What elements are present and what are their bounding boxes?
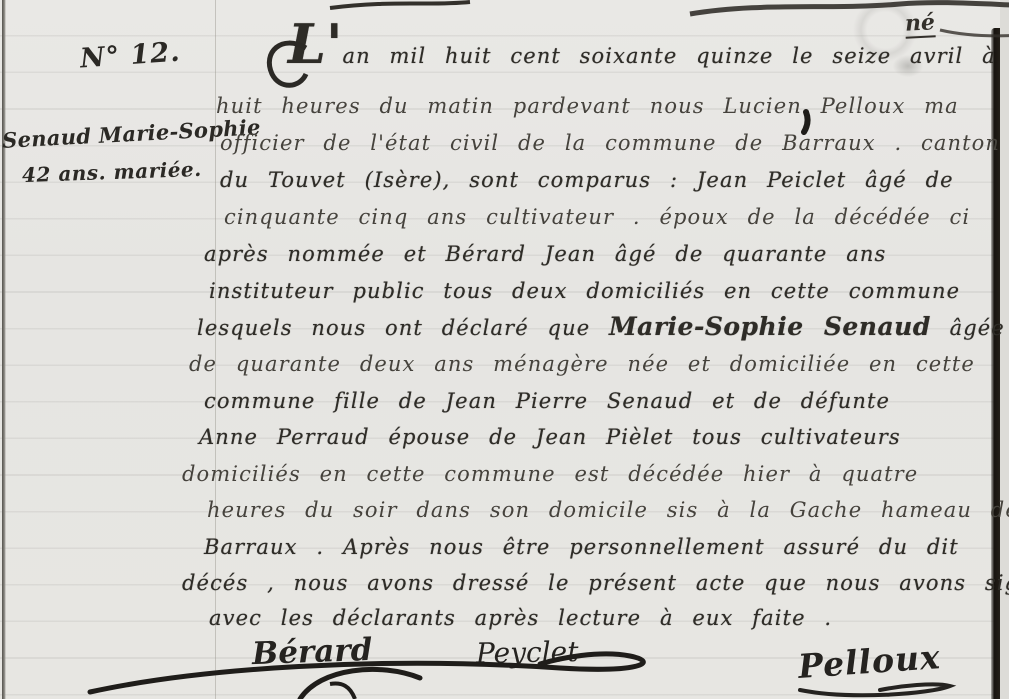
deceased-name-emphasis: Marie-Sophie Senaud [609,312,931,341]
signature-berard: Bérard [251,632,373,672]
body-line: avec les déclarants après lecture à eux … [209,600,832,636]
body-line: du Touvet (Isère), sont comparus : Jean … [220,162,954,198]
body-line: domiciliés en cette commune est décédée … [182,456,918,492]
body-line: heures du soir dans son domicile sis à l… [207,492,1009,528]
body-line: huit heures du matin pardevant nous Luci… [216,88,959,124]
body-line: lesquels nous ont déclaré que Marie-Soph… [197,309,1005,346]
body-line: officier de l'état civil de la commune d… [220,125,1000,161]
body-line: après nommée et Bérard Jean âgé de quara… [204,236,886,272]
body-line: Anne Perraud épouse de Jean Pièlet tous … [199,419,901,455]
body-line-8-suffix: âgée [931,316,1005,340]
body-line-8-prefix: lesquels nous ont déclaré que [197,316,609,340]
register-page-scan: né N° 12. Senaud Marie-Sophie 42 ans. ma… [0,0,1009,699]
body-line: L'an mil huit cent soixante quinze le se… [288,38,996,74]
body-line: décés , nous avons dressé le présent act… [182,565,1009,601]
body-line: instituteur public tous deux domiciliés … [209,273,960,309]
signature-peyclet: Peyclet [476,635,579,670]
margin-age-status: 42 ans. mariée. [22,157,202,187]
body-line: Barraux . Après nous être personnellemen… [204,529,959,565]
body-line: cinquante cinq ans cultivateur . époux d… [224,199,970,235]
act-body: L'an mil huit cent soixante quinze le se… [180,0,1009,699]
body-line: commune fille de Jean Pierre Senaud et d… [204,383,890,419]
act-number: N° 12. [79,37,181,75]
body-line: de quarante deux ans ménagère née et dom… [189,346,975,382]
page-left-edge [2,0,6,699]
